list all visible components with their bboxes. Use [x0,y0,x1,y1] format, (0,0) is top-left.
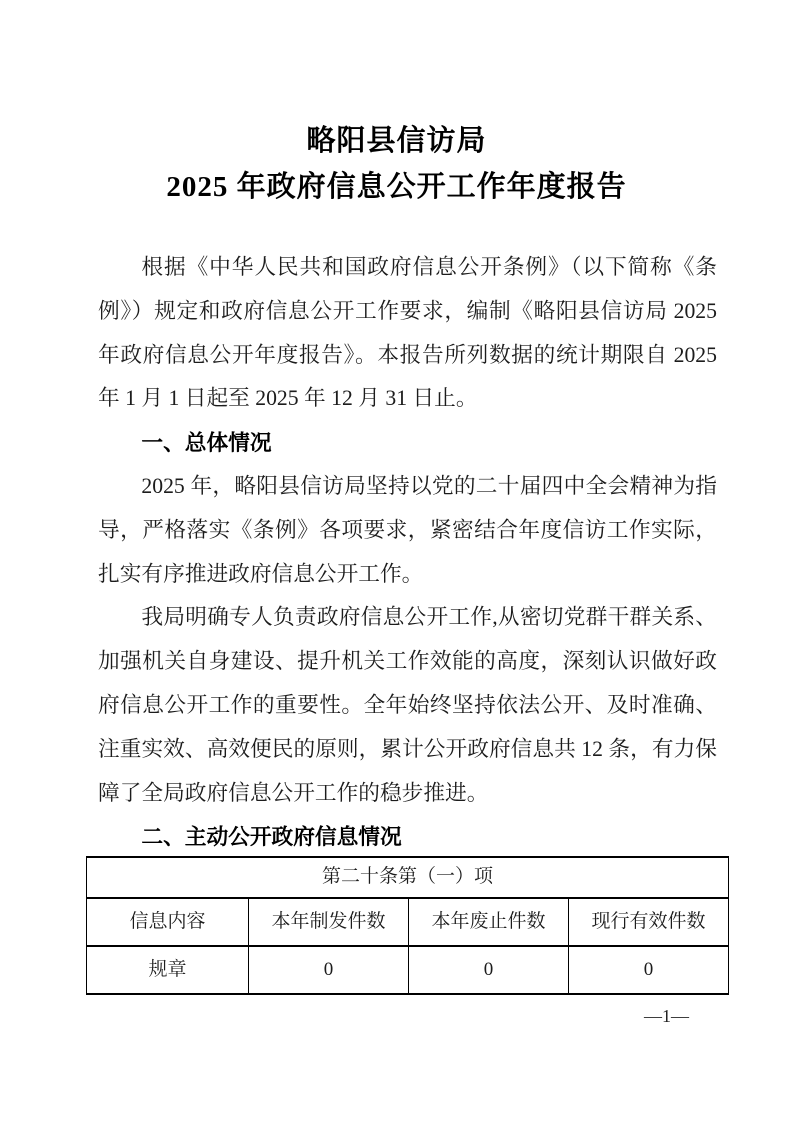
document-page: 略阳县信访局 2025 年政府信息公开工作年度报告 根据《中华人民共和国政府信息… [0,0,793,1122]
cell-repealed-count: 0 [409,946,569,994]
table-merged-header-cell: 第二十条第（一）项 [87,857,729,898]
table-row-regulations: 规章 0 0 0 [87,946,729,994]
doc-title-line1: 略阳县信访局 [0,118,793,164]
section-heading-overall: 一、总体情况 [98,421,717,465]
paragraph-overall-situation: 2025 年，略阳县信访局坚持以党的二十届四中全会精神为指导，严格落实《条例》各… [98,465,717,596]
column-header-issued-this-year: 本年制发件数 [249,898,409,946]
column-header-info-content: 信息内容 [87,898,249,946]
cell-effective-count: 0 [569,946,729,994]
cell-issued-count: 0 [249,946,409,994]
table-merged-header-row: 第二十条第（一）项 [87,857,729,898]
column-header-repealed-this-year: 本年废止件数 [409,898,569,946]
section-heading-proactive-disclosure: 二、主动公开政府信息情况 [98,815,717,859]
column-header-currently-effective: 现行有效件数 [569,898,729,946]
page-number: —1— [644,1006,689,1027]
document-title-block: 略阳县信访局 2025 年政府信息公开工作年度报告 [0,118,793,210]
cell-row-label: 规章 [87,946,249,994]
paragraph-work-measures: 我局明确专人负责政府信息公开工作,从密切党群干群关系、加强机关自身建设、提升机关… [98,596,717,815]
paragraph-intro: 根据《中华人民共和国政府信息公开条例》（以下简称《条例》）规定和政府信息公开工作… [98,246,717,421]
disclosure-statistics-table: 第二十条第（一）项 信息内容 本年制发件数 本年废止件数 现行有效件数 规章 0… [86,856,729,995]
doc-title-line2: 2025 年政府信息公开工作年度报告 [0,164,793,210]
table-column-header-row: 信息内容 本年制发件数 本年废止件数 现行有效件数 [87,898,729,946]
document-body: 根据《中华人民共和国政府信息公开条例》（以下简称《条例》）规定和政府信息公开工作… [98,246,717,995]
